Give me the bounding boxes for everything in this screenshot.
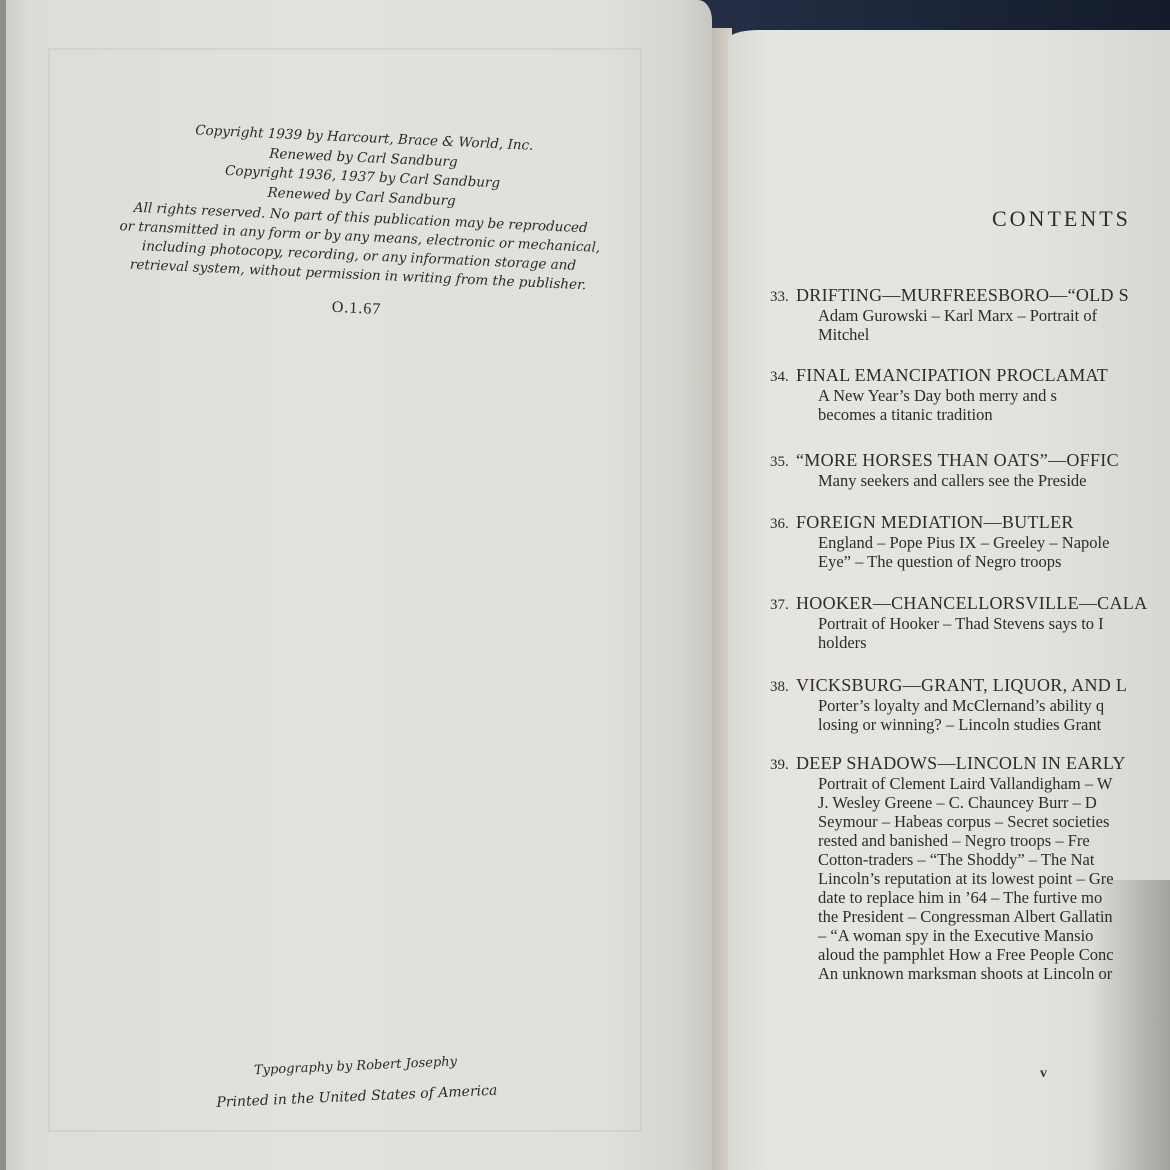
chapter-heading: FOREIGN MEDIATION—BUTLER [796,512,1074,532]
page-edge [0,0,6,1170]
chapter-description-line: Porter’s loyalty and McClernand’s abilit… [818,696,1127,715]
toc-entry: 34. FINAL EMANCIPATION PROCLAMATA New Ye… [770,365,1108,424]
chapter-description-line: the President – Congressman Albert Galla… [818,907,1126,926]
chapter-description-line: A New Year’s Day both merry and s [818,386,1108,405]
chapter-description-line: Cotton-traders – “The Shoddy” – The Nat [818,850,1126,869]
hand-shadow [1090,880,1170,1170]
chapter-number: 35. [770,454,792,471]
left-page: Copyright 1939 by Harcourt, Brace & Worl… [0,0,712,1170]
chapter-description-line: Lincoln’s reputation at its lowest point… [818,869,1126,888]
chapter-description-line: An unknown marksman shoots at Lincoln or [818,964,1126,983]
chapter-heading: HOOKER—CHANCELLORSVILLE—CALA [796,593,1147,613]
page-number: v [1040,1066,1047,1082]
toc-entry: 33. DRIFTING—MURFREESBORO—“OLD SAdam Gur… [770,285,1129,344]
toc-entry: 36. FOREIGN MEDIATION—BUTLEREngland – Po… [770,512,1109,571]
chapter-description-line: losing or winning? – Lincoln studies Gra… [818,715,1127,734]
toc-entry: 38. VICKSBURG—GRANT, LIQUOR, AND LPorter… [770,675,1127,734]
chapter-description-line: becomes a titanic tradition [818,405,1108,424]
chapter-heading: DRIFTING—MURFREESBORO—“OLD S [796,285,1129,305]
contents-title: CONTENTS [992,206,1131,232]
chapter-heading: VICKSBURG—GRANT, LIQUOR, AND L [796,675,1127,695]
chapter-number: 38. [770,679,792,696]
chapter-description-line: Seymour – Habeas corpus – Secret societi… [818,812,1126,831]
chapter-description-line: date to replace him in ’64 – The furtive… [818,888,1126,907]
chapter-number: 34. [770,369,792,386]
toc-entry: 39. DEEP SHADOWS—LINCOLN IN EARLYPortrai… [770,753,1126,983]
chapter-description-line: Many seekers and callers see the Preside [818,471,1119,490]
chapter-description-line: England – Pope Pius IX – Greeley – Napol… [818,533,1109,552]
chapter-description-line: – “A woman spy in the Executive Mansio [818,926,1126,945]
chapter-description-line: rested and banished – Negro troops – Fre [818,831,1126,850]
chapter-description-line: aloud the pamphlet How a Free People Con… [818,945,1126,964]
chapter-description-line: J. Wesley Greene – C. Chauncey Burr – D [818,793,1126,812]
chapter-description-line: Mitchel [818,325,1129,344]
chapter-description-line: Adam Gurowski – Karl Marx – Portrait of [818,306,1129,325]
toc-entry: 37. HOOKER—CHANCELLORSVILLE—CALAPortrait… [770,593,1147,652]
chapter-heading: “MORE HORSES THAN OATS”—OFFIC [796,450,1119,470]
chapter-description-line: holders [818,633,1147,652]
chapter-heading: DEEP SHADOWS—LINCOLN IN EARLY [796,753,1126,773]
chapter-number: 37. [770,597,792,614]
chapter-heading: FINAL EMANCIPATION PROCLAMAT [796,365,1108,385]
chapter-number: 39. [770,757,792,774]
chapter-number: 33. [770,289,792,306]
toc-entry: 35. “MORE HORSES THAN OATS”—OFFICMany se… [770,450,1119,490]
copyright-notice: Copyright 1939 by Harcourt, Brace & Worl… [111,118,609,330]
chapter-number: 36. [770,516,792,533]
chapter-description-line: Portrait of Clement Laird Vallandigham –… [818,774,1126,793]
chapter-description-line: Portrait of Hooker – Thad Stevens says t… [818,614,1147,633]
chapter-description-line: Eye” – The question of Negro troops [818,552,1109,571]
